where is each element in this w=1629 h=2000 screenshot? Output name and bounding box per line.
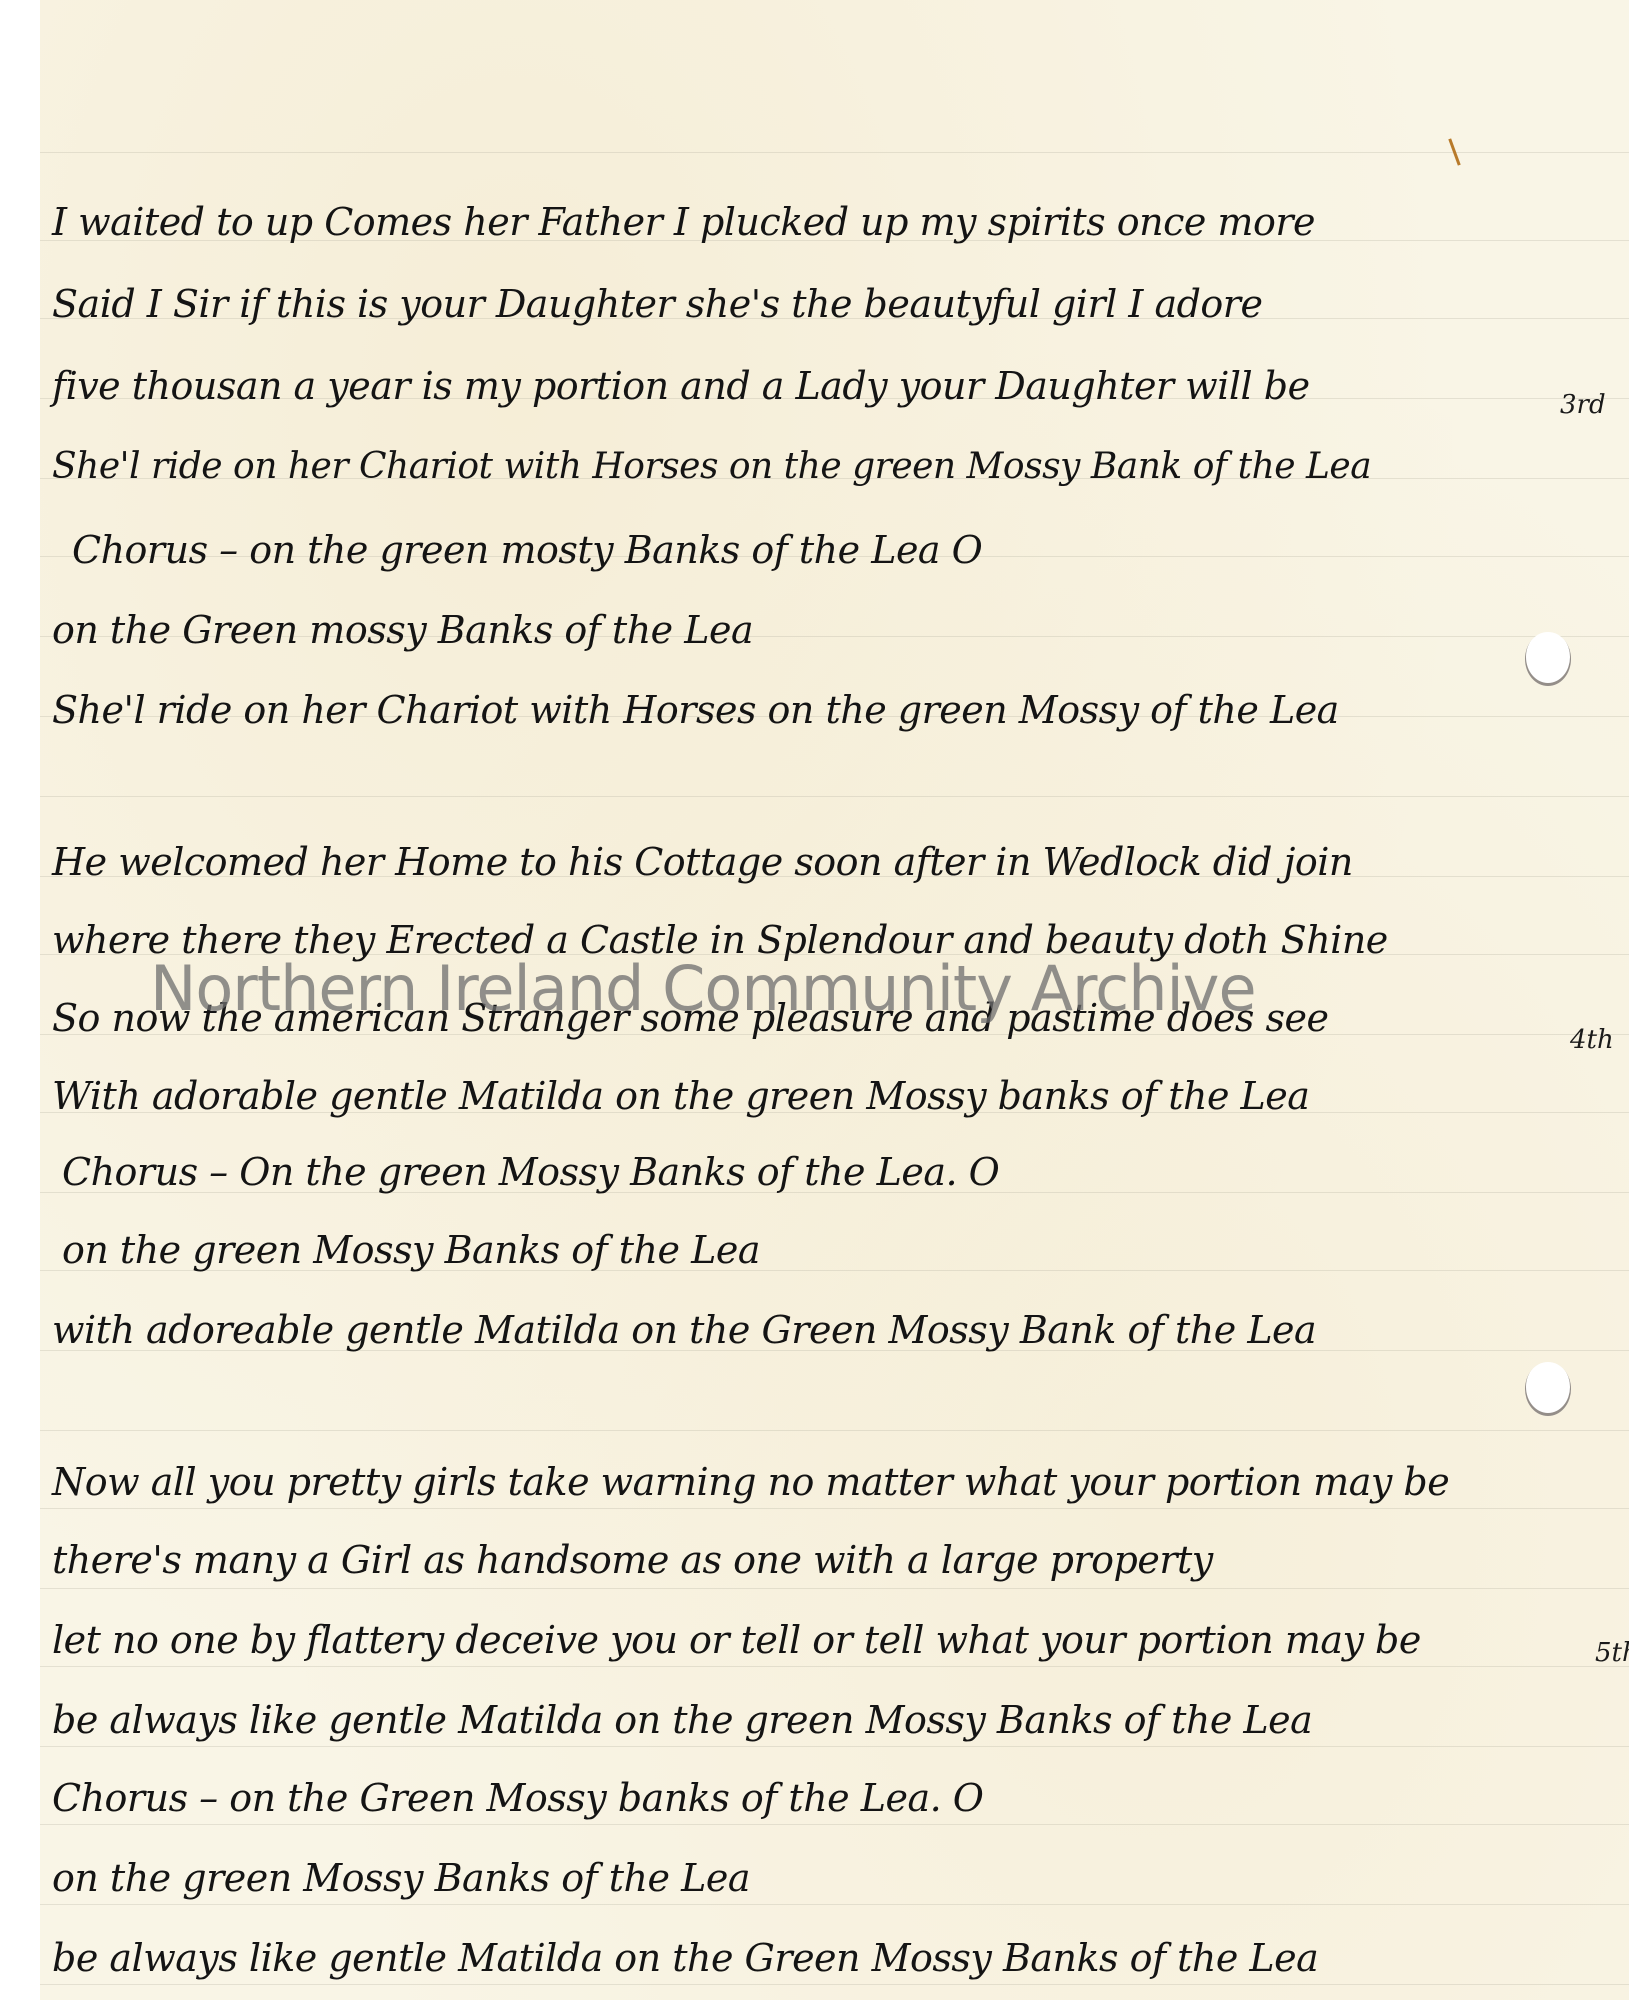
lyric-line: Now all you pretty girls take warning no… bbox=[52, 1460, 1449, 1504]
ruled-line bbox=[40, 1824, 1629, 1825]
lyric-line: Said I Sir if this is your Daughter she'… bbox=[52, 282, 1262, 326]
lyric-line: So now the american Stranger some pleasu… bbox=[52, 996, 1329, 1040]
chorus-line: with adoreable gentle Matilda on the Gre… bbox=[52, 1308, 1316, 1352]
chorus-line: She'l ride on her Chariot with Horses on… bbox=[52, 688, 1339, 732]
manuscript-page: I waited to up Comes her Father I plucke… bbox=[40, 0, 1629, 2000]
lyric-line: let no one by flattery deceive you or te… bbox=[52, 1618, 1421, 1662]
chorus-line: be always like gentle Matilda on the Gre… bbox=[52, 1936, 1318, 1980]
ruled-line bbox=[40, 1904, 1629, 1905]
lyric-line: five thousan a year is my portion and a … bbox=[52, 364, 1310, 408]
chorus-line: on the Green mossy Banks of the Lea bbox=[52, 608, 753, 652]
ruled-line bbox=[40, 1984, 1629, 1985]
ruled-line bbox=[40, 1508, 1629, 1509]
ruled-line bbox=[40, 152, 1629, 153]
verse-number-note: 3rd bbox=[1560, 390, 1606, 420]
verse-number-note: 5th bbox=[1595, 1638, 1629, 1668]
ruled-line bbox=[40, 1430, 1629, 1431]
lyric-line: there's many a Girl as handsome as one w… bbox=[52, 1538, 1213, 1582]
punch-hole bbox=[1525, 632, 1571, 686]
punch-hole bbox=[1525, 1362, 1571, 1416]
lyric-line: She'l ride on her Chariot with Horses on… bbox=[52, 446, 1371, 487]
lyric-line: where there they Erected a Castle in Spl… bbox=[52, 918, 1388, 962]
ruled-line bbox=[40, 1666, 1629, 1667]
chorus-line: on the green Mossy Banks of the Lea bbox=[52, 1856, 750, 1900]
lyric-line: I waited to up Comes her Father I plucke… bbox=[52, 200, 1315, 244]
ruled-line bbox=[40, 796, 1629, 797]
verse-number-note: 4th bbox=[1570, 1025, 1614, 1055]
chorus-line: on the green Mossy Banks of the Lea bbox=[62, 1228, 760, 1272]
lyric-line: With adorable gentle Matilda on the gree… bbox=[52, 1074, 1309, 1118]
chorus-line: Chorus – on the green mosty Banks of the… bbox=[72, 528, 982, 572]
chorus-line: Chorus – On the green Mossy Banks of the… bbox=[62, 1150, 999, 1194]
ruled-line bbox=[40, 1746, 1629, 1747]
lyric-line: He welcomed her Home to his Cottage soon… bbox=[52, 840, 1353, 884]
lyric-line: be always like gentle Matilda on the gre… bbox=[52, 1698, 1312, 1742]
ruled-line bbox=[40, 1588, 1629, 1589]
chorus-line: Chorus – on the Green Mossy banks of the… bbox=[52, 1776, 983, 1820]
